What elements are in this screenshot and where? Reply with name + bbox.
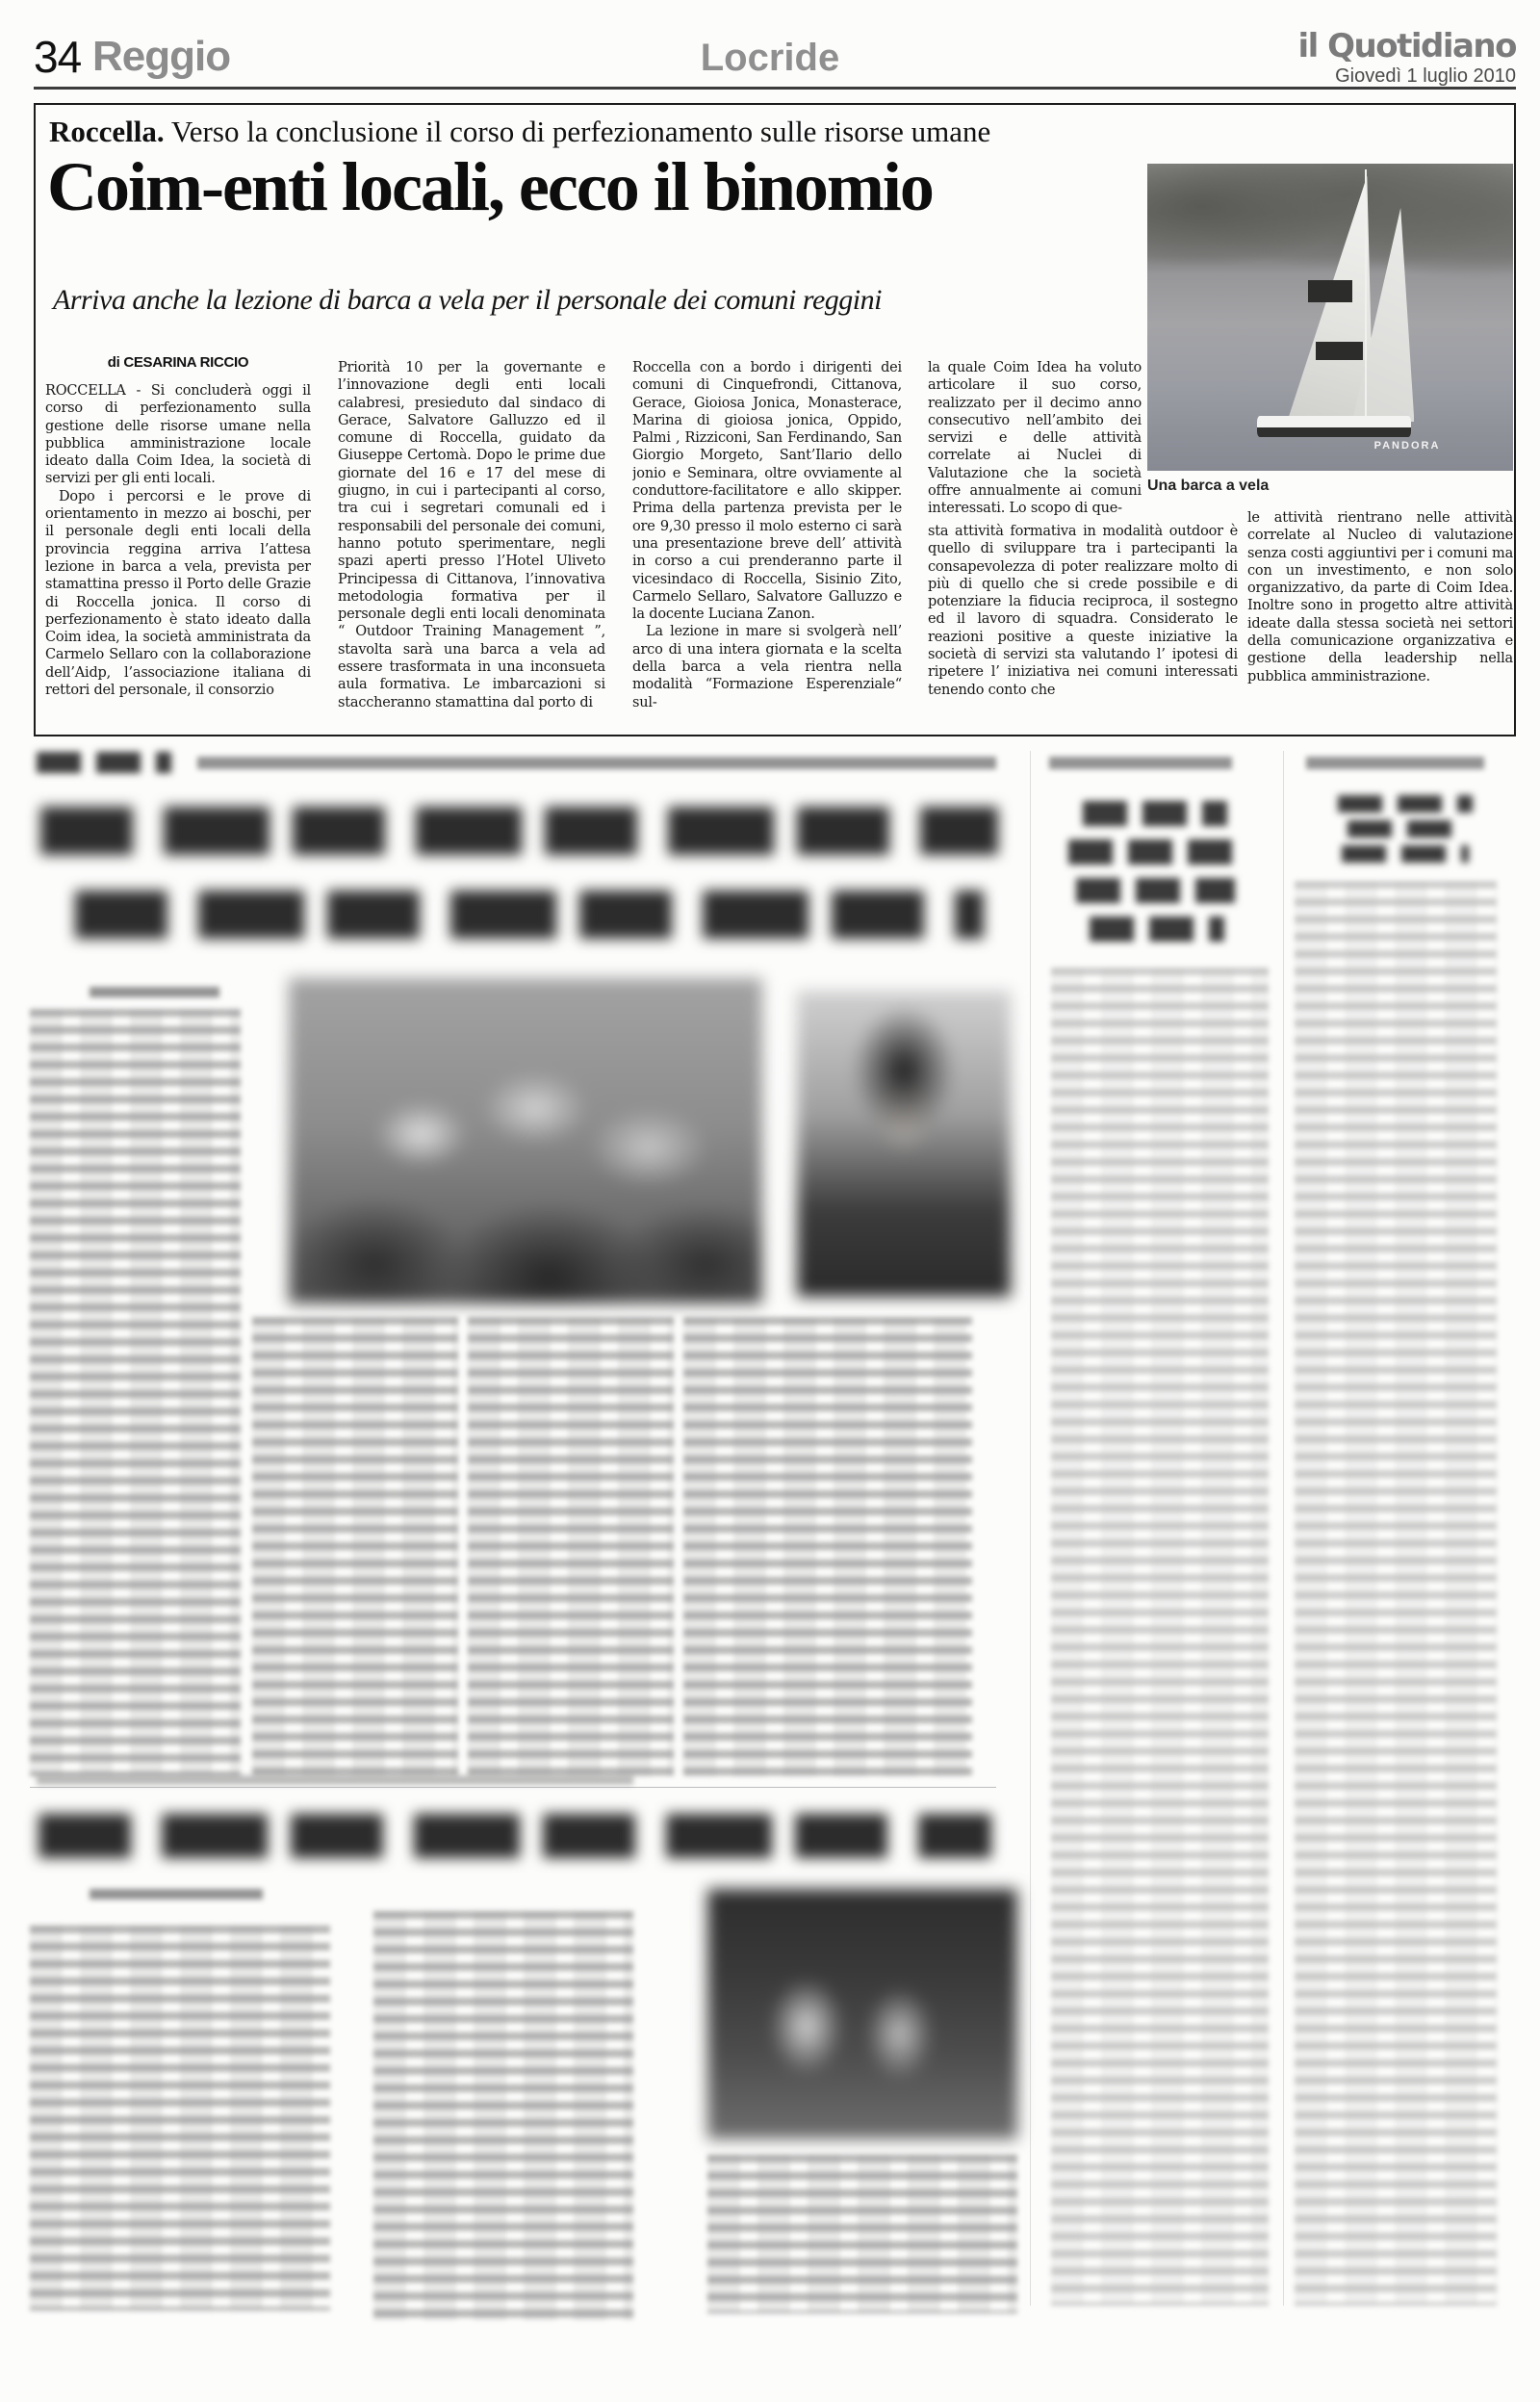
- section-divider: [30, 1787, 996, 1788]
- column-rule: [1030, 751, 1031, 2306]
- body-column-4-wide: sta attività formativa in modalità outdo…: [928, 523, 1238, 723]
- article-subhead: Arriva anche la lezione di barca a vela …: [53, 284, 882, 317]
- paragraph: ROCCELLA - Si concluderà oggi il corso d…: [45, 382, 311, 488]
- blurred-kicker-lead: [37, 752, 171, 773]
- blurred-portrait-photo: [797, 991, 1011, 1297]
- body-column-3: Roccella con a bordo i dirigenti dei com…: [632, 359, 902, 723]
- edition-date: Giovedì 1 luglio 2010: [1335, 65, 1516, 88]
- blurred-sidebar-headline: [1068, 839, 1242, 865]
- blurred-text-column-far-right: [1295, 881, 1497, 2306]
- blurred-sidebar-headline: [1083, 801, 1227, 826]
- kicker-text: Verso la conclusione il corso di perfezi…: [171, 115, 990, 148]
- blurred-headline-line2: [75, 891, 984, 939]
- blurred-kicker-right: [1049, 757, 1232, 769]
- article-kicker: Roccella. Verso la conclusione il corso …: [49, 115, 1156, 149]
- blurred-text-column-right: [1051, 968, 1269, 2306]
- blurred-byline: [90, 987, 219, 997]
- blurred-sidebar-headline: [1090, 917, 1224, 942]
- blurred-text-column: [468, 1317, 674, 1776]
- blurred-text-column: [373, 1911, 633, 2320]
- article-headline: Coim-enti locali, ecco il binomio: [47, 147, 933, 227]
- blurred-text-column: [252, 1317, 458, 1776]
- sponsor-patch: [1308, 280, 1352, 301]
- section-name-center: Locride: [674, 37, 866, 80]
- body-column-2: Priorità 10 per la governante e l’innova…: [338, 359, 605, 723]
- blurred-byline-bottom: [90, 1889, 263, 1899]
- blurred-farright-heading: [1342, 845, 1469, 863]
- paragraph: Roccella con a bordo i dirigenti dei com…: [632, 359, 902, 623]
- blurred-text-column: [707, 2155, 1017, 2313]
- section-name-left: Reggio: [92, 33, 230, 81]
- paragraph: sta attività formativa in modalità outdo…: [928, 523, 1238, 699]
- main-article: Roccella. Verso la conclusione il corso …: [34, 103, 1516, 736]
- masthead-logo: il Quotidiano: [1297, 27, 1516, 65]
- hull-shape: [1257, 416, 1411, 437]
- paragraph: Priorità 10 per la governante e l’innova…: [338, 359, 605, 711]
- photo-caption: Una barca a vela: [1147, 478, 1269, 495]
- body-column-4-narrow: la quale Coim Idea ha voluto articolare …: [928, 359, 1142, 523]
- kicker-location: Roccella.: [49, 115, 165, 148]
- sailboat-photo: PANDORA: [1147, 164, 1513, 471]
- paragraph: Dopo i percorsi e le prove di orientamen…: [45, 488, 311, 700]
- blurred-kicker-bottom: [37, 1775, 633, 1785]
- body-column-1: ROCCELLA - Si concluderà oggi il corso d…: [45, 382, 311, 721]
- article-byline: di CESARINA RICCIO: [45, 354, 311, 371]
- blurred-group-photo: [289, 978, 762, 1304]
- blurred-text-column: [30, 1009, 241, 1776]
- blurred-photo-bottom: [707, 1889, 1017, 2139]
- boat-name-text: PANDORA: [1374, 440, 1441, 452]
- body-column-5: le attività rientrano nelle attività cor…: [1247, 509, 1513, 723]
- blurred-kicker-text: [197, 757, 996, 769]
- paragraph: La lezione in mare si svolgerà nell’ arc…: [632, 623, 902, 710]
- blurred-headline-bottom: [38, 1814, 991, 1858]
- header-divider: [34, 87, 1516, 90]
- newspaper-page: 34 Reggio Locride il Quotidiano Giovedì …: [0, 0, 1540, 2402]
- blurred-text-column: [683, 1317, 972, 1776]
- mast-shape: [1365, 169, 1367, 422]
- blurred-sidebar-headline: [1076, 878, 1235, 903]
- paragraph: le attività rientrano nelle attività cor…: [1247, 509, 1513, 685]
- page-number: 34: [34, 31, 81, 83]
- blurred-farright-heading: [1347, 820, 1463, 838]
- paragraph: la quale Coim Idea ha voluto articolare …: [928, 359, 1142, 518]
- blurred-kicker-far-right: [1306, 757, 1484, 769]
- sponsor-patch: [1316, 342, 1363, 360]
- column-rule: [1283, 751, 1284, 2306]
- blurred-headline-line1: [40, 807, 998, 855]
- blurred-text-column: [30, 1925, 330, 2311]
- blurred-farright-heading: [1338, 795, 1473, 813]
